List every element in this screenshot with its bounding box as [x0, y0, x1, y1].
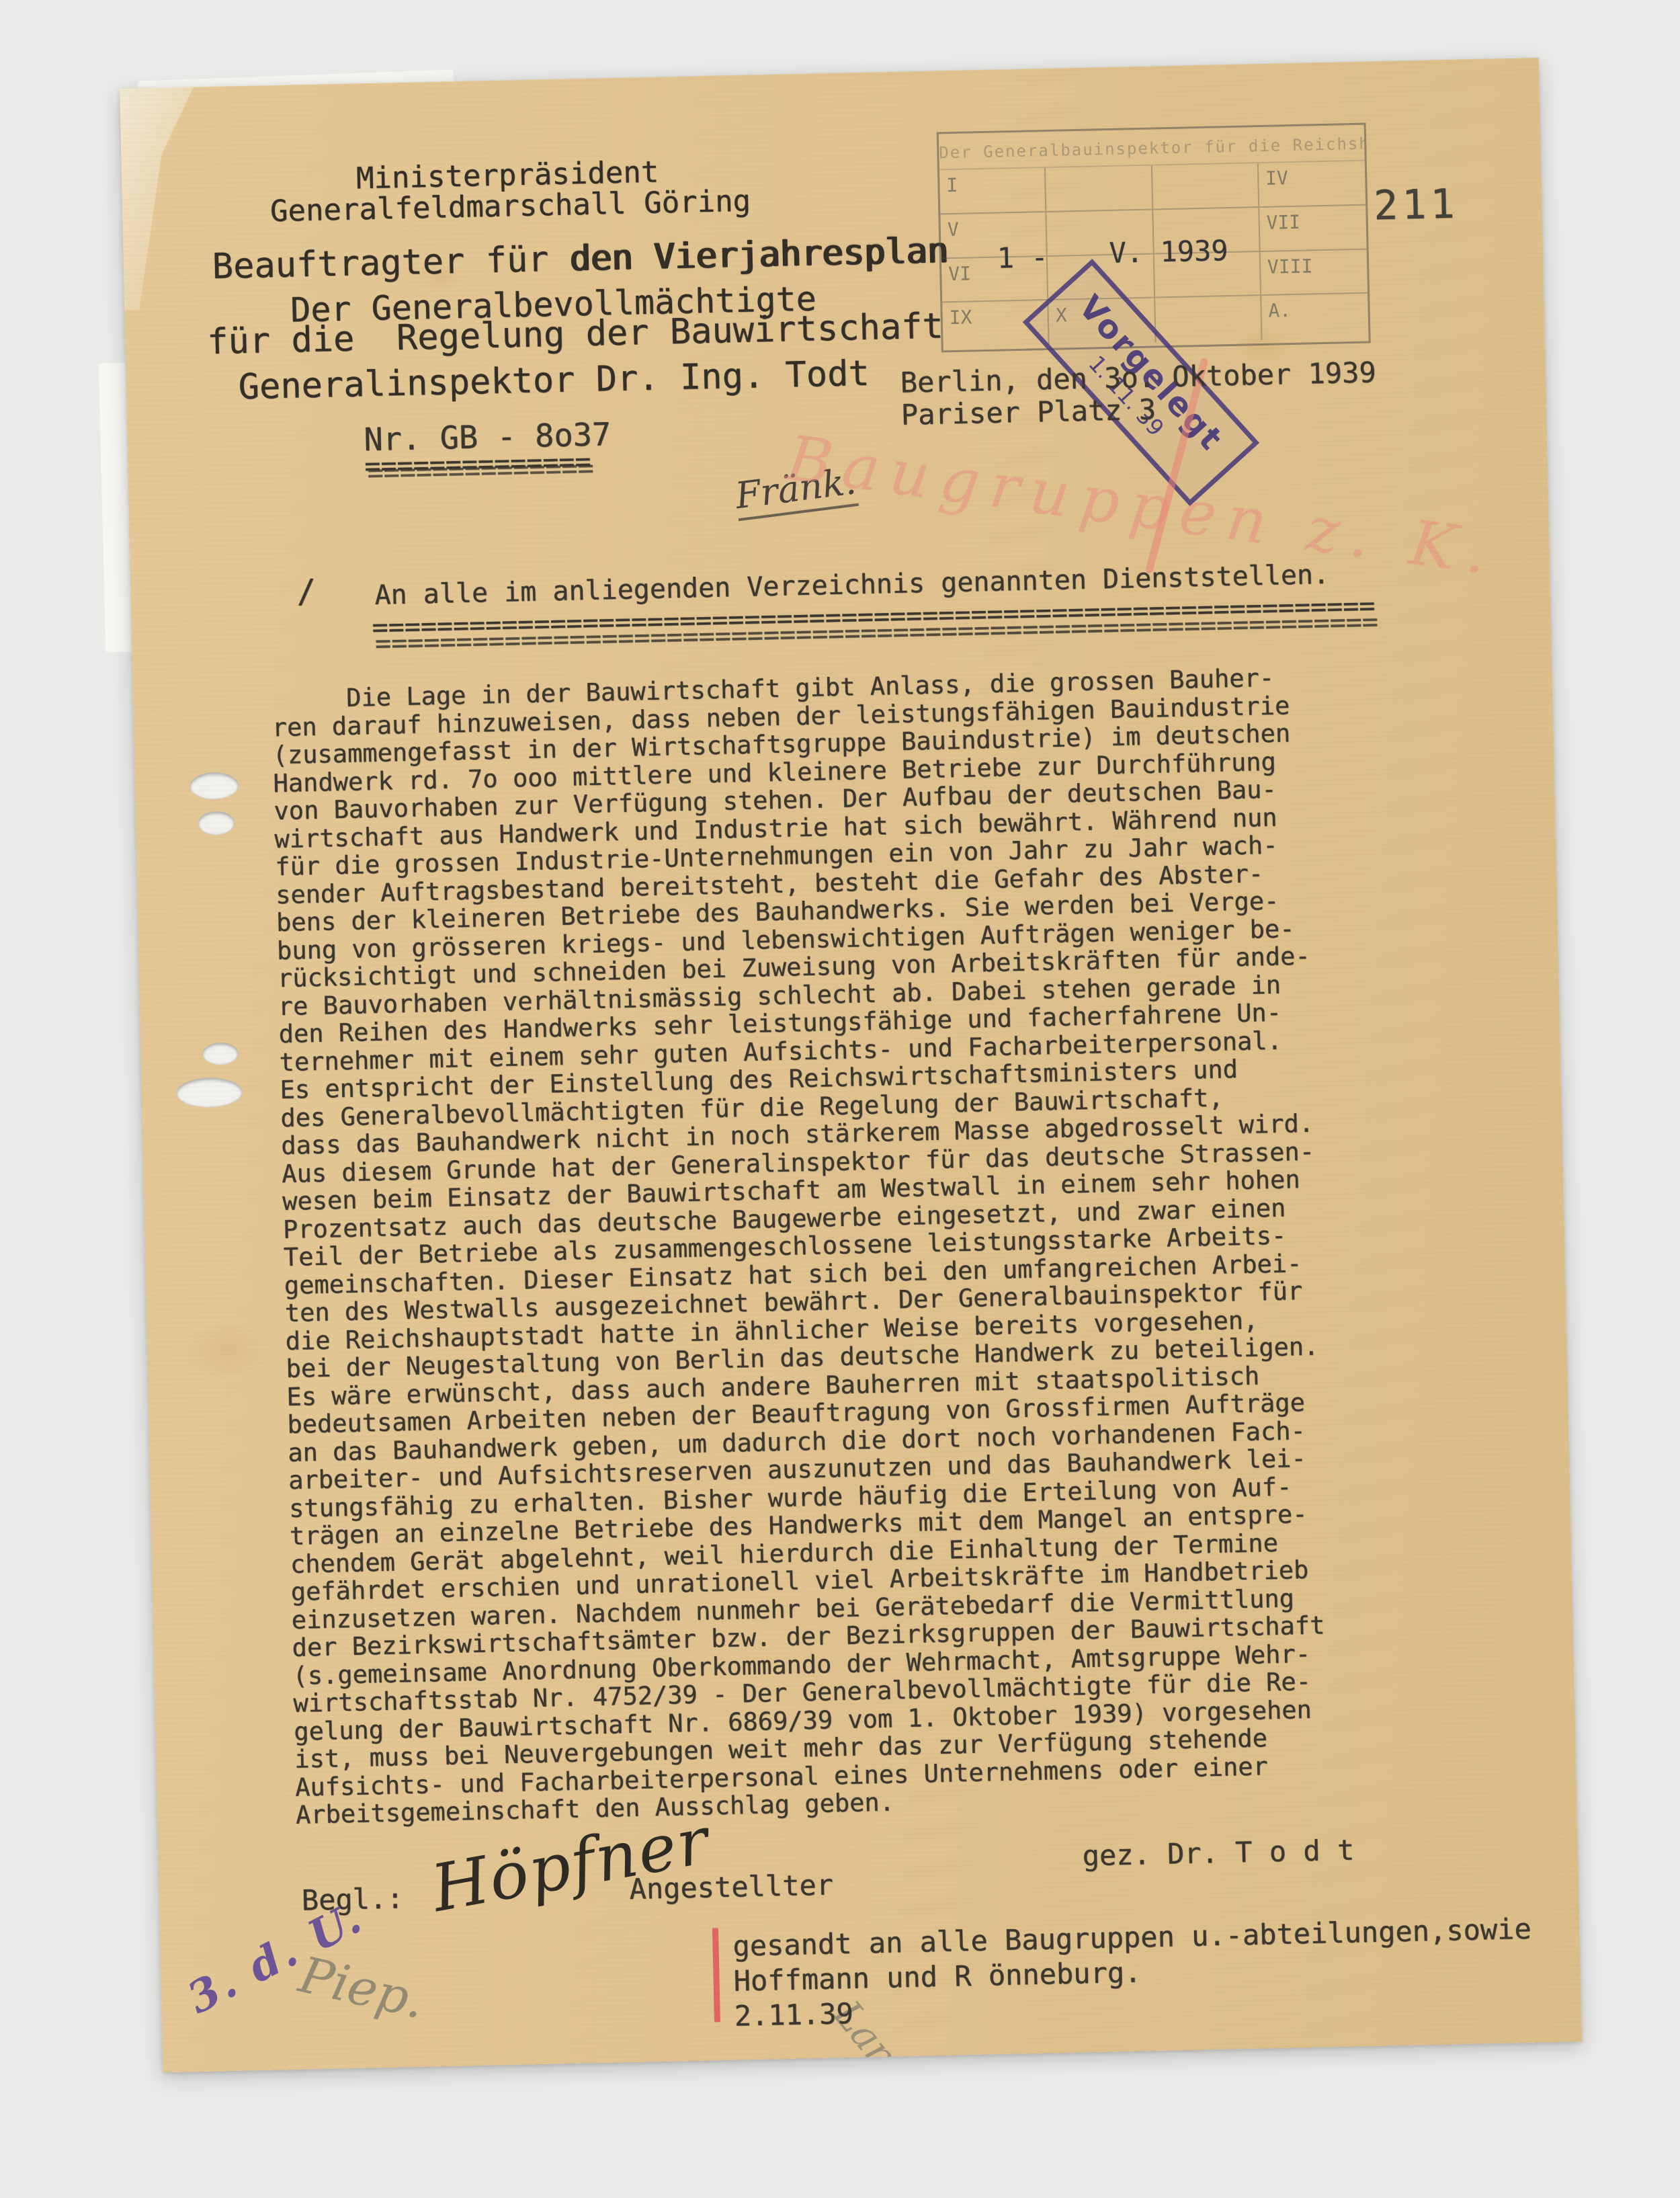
distribution-line-2: Hoffmann und R önneburg. — [733, 1957, 1142, 1997]
scanned-document-page: Ministerpräsident Generalfeldmarschall G… — [0, 0, 1680, 2198]
signed-by: gez. Dr. T o d t — [1082, 1835, 1354, 1872]
stamp-cell: VII — [1259, 205, 1367, 251]
distribution-line-1: gesandt an alle Baugruppen u.-abteilunge… — [732, 1914, 1531, 1962]
stamp-cell: VIII — [1260, 249, 1368, 296]
begl-role: Angestellter — [629, 1869, 833, 1905]
punch-hole — [176, 1077, 243, 1108]
letterhead-line-6: Generalinspektor Dr. Ing. Todt — [238, 355, 870, 407]
stamp-cell — [1046, 166, 1153, 212]
stamp-cell: I — [939, 168, 1047, 214]
stamp-cell — [1155, 296, 1263, 342]
punch-hole — [198, 811, 235, 836]
reference-underline-2: ============== — [367, 462, 594, 480]
dateline-street: Pariser Platz 3 — [900, 394, 1156, 430]
receipt-date-right: V. 1939 — [1109, 234, 1228, 270]
red-margin-line — [712, 1928, 720, 2022]
distribution-date: 2.11.39 — [734, 1998, 853, 2032]
recipient-slash: / — [296, 574, 317, 610]
punch-hole — [202, 1042, 239, 1065]
dateline-city: Berlin, den 3o. Oktober 1939 — [900, 357, 1376, 399]
letter-body: Die Lage in der Bauwirtschaft gibt Anlas… — [271, 662, 1398, 1830]
receipt-grid-stamp: Der Generalbauinspektor für die Reichsha… — [937, 123, 1371, 353]
letterhead-line-3-prefix: Beauftragter für — [212, 239, 570, 287]
torn-corner — [120, 87, 198, 311]
folio-number: 211 — [1374, 182, 1460, 229]
stamp-cell — [1152, 163, 1259, 210]
receipt-date-left: 1 - — [997, 241, 1048, 275]
letterhead-line-2: Generalfeldmarschall Göring — [270, 186, 751, 229]
letterhead-line-3-emphasis: den Vierjahresplan — [569, 231, 949, 279]
punch-hole — [190, 772, 239, 800]
stamp-cell: IV — [1259, 161, 1366, 208]
stamp-cell: A. — [1261, 294, 1369, 340]
annotation-piep: Piep. — [294, 1946, 430, 2030]
letter-paper: Ministerpräsident Generalfeldmarschall G… — [120, 58, 1582, 2072]
letterhead-line-3: Beauftragter für den Vierjahresplan — [212, 232, 949, 286]
